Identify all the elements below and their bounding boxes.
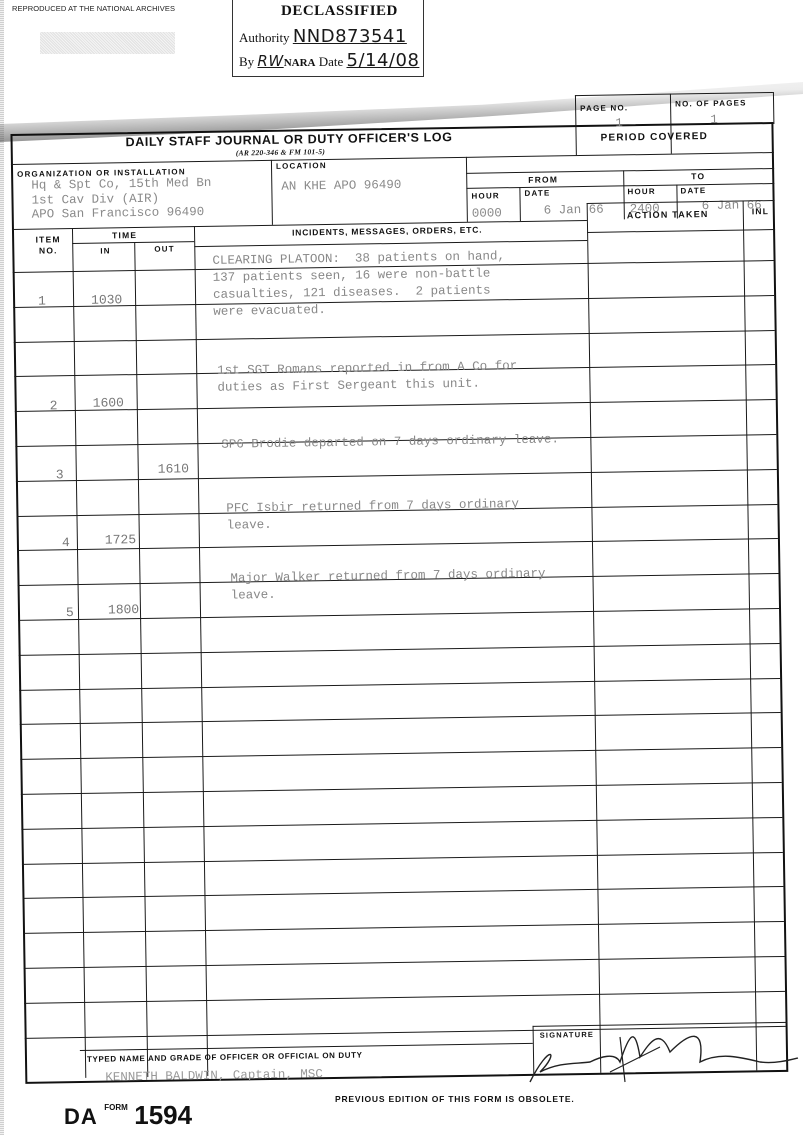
time-out-header: OUT — [154, 244, 175, 253]
inl-header: INL — [752, 206, 769, 216]
entry-item-no: 1 — [38, 293, 46, 308]
item-no-header-text: ITEM NO. — [30, 234, 66, 257]
period-covered-label: PERIOD COVERED — [601, 131, 709, 144]
entry-time-in: 1030 — [91, 292, 122, 307]
entry-text: Major Walker returned from 7 days ordina… — [230, 566, 546, 605]
stamp-by-label: By — [239, 54, 254, 69]
to-date-label: DATE — [680, 186, 706, 195]
to-hour-label: HOUR — [627, 187, 655, 196]
time-in-header: IN — [100, 246, 111, 255]
signature — [520, 1022, 800, 1092]
stamp-date-label: Date — [319, 54, 344, 69]
to-label: TO — [691, 171, 705, 181]
divider — [773, 92, 775, 124]
time-header: TIME — [112, 230, 137, 240]
form-subtitle: (AR 220-346 & FM 101-5) — [236, 147, 326, 157]
form-number: DA FORM 1594 — [64, 1100, 192, 1131]
no-of-pages-value: 1 — [710, 113, 718, 127]
from-label: FROM — [528, 174, 558, 184]
organization-line: APO San Francisco 96490 — [32, 205, 205, 222]
entry-item-no: 4 — [62, 535, 70, 550]
stamp-authority-label: Authority — [239, 30, 290, 45]
location-value: AN KHE APO 96490 — [281, 178, 401, 194]
no-of-pages-label: NO. OF PAGES — [675, 98, 747, 108]
duty-officer-log-form: DAILY STAFF JOURNAL OR DUTY OFFICER'S LO… — [10, 92, 790, 1094]
entry-time-in: 1600 — [93, 395, 124, 410]
typed-name-value: KENNETH BALDWIN, Captain, MSC — [105, 1067, 323, 1084]
stamp-date-value: 5/14/08 — [347, 50, 420, 71]
entry-time-in: 1725 — [105, 532, 136, 547]
page-no-value: 1 — [615, 116, 623, 130]
stamp-authority-row: Authority NND873541 — [239, 26, 407, 47]
scan-edge — [0, 0, 4, 1135]
stamp-nara-label: NARA — [284, 57, 316, 69]
entry-item-no: 2 — [50, 398, 58, 413]
entry-item-no: 3 — [56, 467, 64, 482]
divider — [575, 92, 773, 96]
entry-text: PFC Isbir returned from 7 days ordinary … — [226, 496, 519, 535]
item-no-header: ITEM NO. — [30, 234, 66, 257]
stamp-authority-value: NND873541 — [293, 26, 407, 47]
entry-text: 1st SGT Romans reported in from A Co for… — [217, 358, 518, 397]
stamp-by-row: By RWNARA Date 5/14/08 — [239, 50, 419, 71]
location-label: LOCATION — [276, 161, 327, 171]
entry-time-out: 1610 — [158, 461, 189, 476]
declassified-stamp: DECLASSIFIED Authority NND873541 By RWNA… — [232, 0, 424, 77]
form-word: FORM — [104, 1103, 128, 1112]
form-number-value: 1594 — [134, 1100, 192, 1130]
from-hour-value: 0000 — [472, 206, 502, 220]
entry-item-no: 5 — [66, 605, 74, 620]
stamp-title: DECLASSIFIED — [281, 3, 398, 20]
archives-note: REPRODUCED AT THE NATIONAL ARCHIVES — [12, 4, 175, 13]
action-taken-header: ACTION TAKEN — [627, 209, 709, 220]
page-no-label: PAGE NO. — [580, 103, 628, 113]
entry-text: CLEARING PLATOON: 38 patients on hand, 1… — [212, 248, 506, 321]
stamp-by-initials: RW — [257, 52, 283, 70]
from-date-value: 6 Jan 66 — [544, 203, 604, 218]
previous-edition-note: PREVIOUS EDITION OF THIS FORM IS OBSOLET… — [335, 1094, 575, 1104]
entry-time-in: 1800 — [108, 602, 139, 617]
scan-smudge — [40, 32, 175, 54]
from-date-label: DATE — [524, 189, 550, 198]
form-prefix: DA — [64, 1104, 98, 1129]
from-hour-label: HOUR — [471, 191, 499, 200]
